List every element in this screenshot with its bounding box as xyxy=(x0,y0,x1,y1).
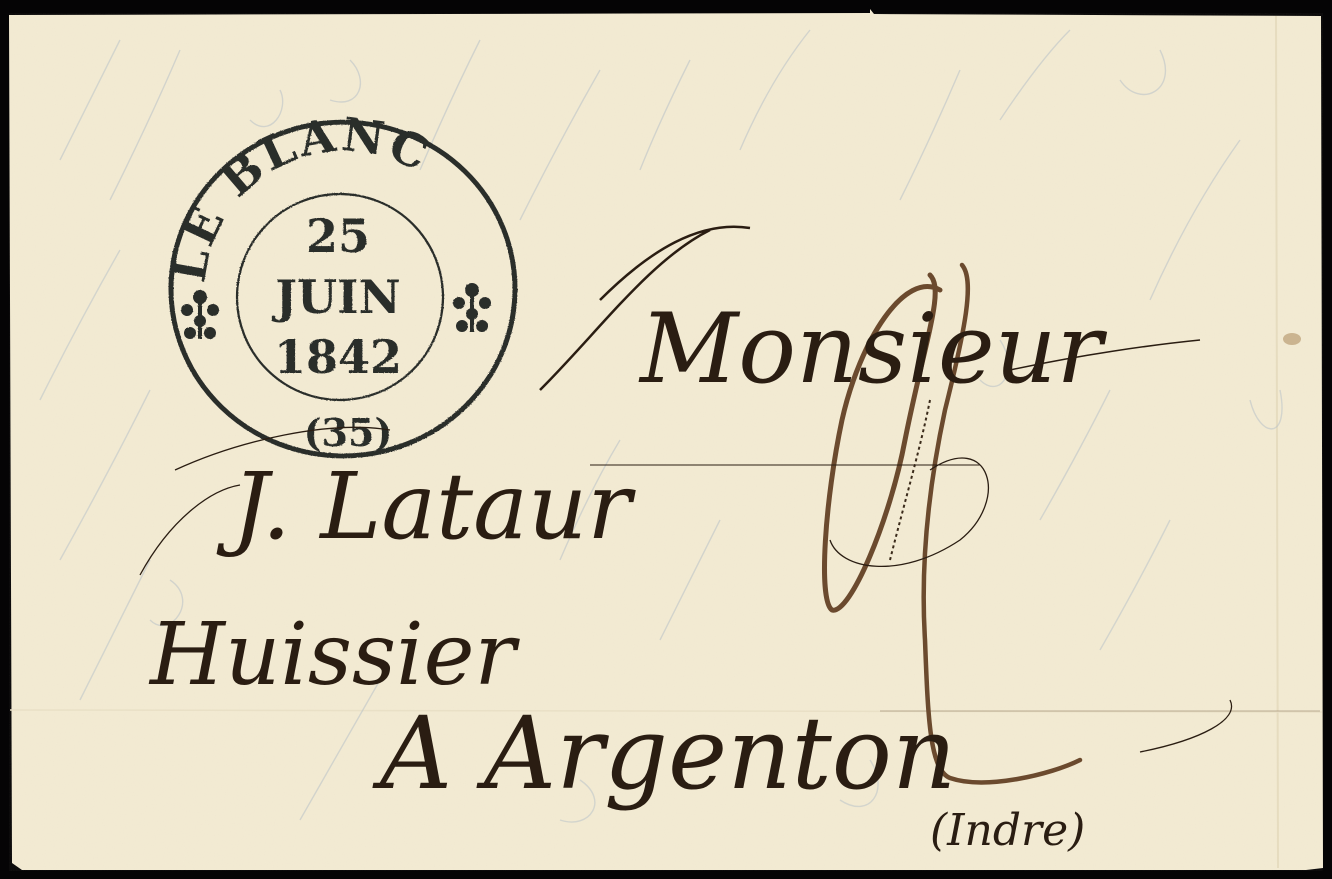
cover-scan: LE BLANC 25 JUIN 1842 (35) 2 xyxy=(0,0,1332,879)
postmark-day: 25 xyxy=(306,209,370,263)
address-line-name: J. Lataur xyxy=(216,453,636,560)
address-line-town: A Argenton xyxy=(372,695,956,812)
postmark-month: JUIN xyxy=(271,270,400,324)
postmark-department: (35) xyxy=(304,410,393,455)
address-line-occupation: Huissier xyxy=(148,605,521,705)
address-line-salutation: Monsieur xyxy=(638,293,1108,405)
postal-cover: LE BLANC 25 JUIN 1842 (35) 2 xyxy=(0,0,1332,879)
postmark-year: 1842 xyxy=(274,330,402,384)
foxing-spot xyxy=(1283,333,1301,345)
address-line-department: (Indre) xyxy=(930,805,1085,856)
